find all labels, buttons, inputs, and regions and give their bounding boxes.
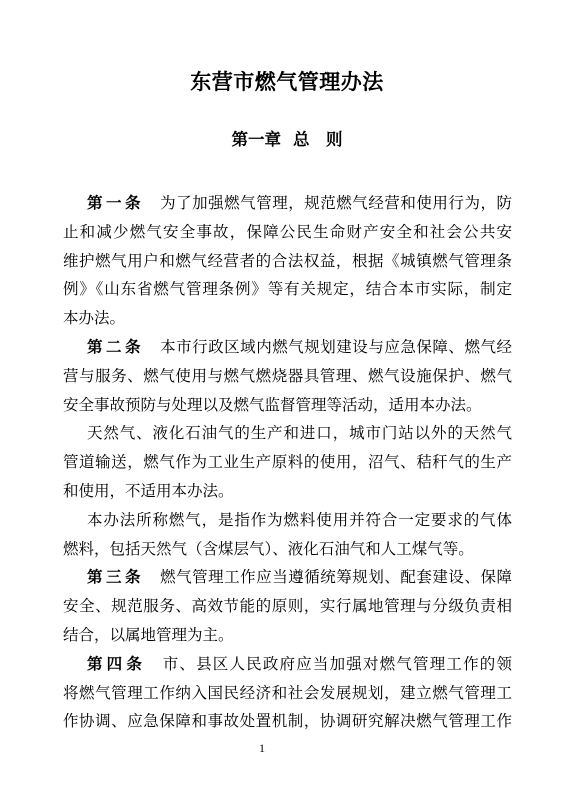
page-number: 1 [0, 741, 524, 755]
text-line: 本办法所称燃气，是指作为燃料使用并符合一定要求的气体 [63, 507, 512, 536]
text-line: 燃料，包括天然气（含煤层气）、液化石油气和人工煤气等。 [63, 536, 512, 565]
document-title: 东营市燃气管理办法 [0, 69, 574, 96]
text-line: 止和减少燃气安全事故，保障公民生命财产安全和社会公共安全， [63, 219, 512, 248]
text-line: 第四条 市、县区人民政府应当加强对燃气管理工作的领导， [63, 651, 512, 680]
text-line: 和使用，不适用本办法。 [63, 478, 512, 507]
chapter-heading: 第一章 总 则 [0, 130, 574, 150]
chapter-number: 第一章 [232, 130, 282, 150]
text-line: 将燃气管理工作纳入国民经济和社会发展规划，建立燃气管理工 [63, 680, 512, 709]
text-line: 例》《山东省燃气管理条例》等有关规定，结合本市实际，制定 [63, 276, 512, 305]
text-line: 第三条 燃气管理工作应当遵循统筹规划、配套建设、保障 [63, 564, 512, 593]
article-label: 第三条 [87, 569, 144, 586]
document-body: 第一条 为了加强燃气管理，规范燃气经营和使用行为，防止和减少燃气安全事故，保障公… [63, 190, 512, 737]
text-line: 作协调、应急保障和事故处置机制，协调研究解决燃气管理工作 [63, 708, 512, 737]
text-line: 安全事故预防与处理以及燃气监督管理等活动，适用本办法。 [63, 392, 512, 421]
text-line: 第二条 本市行政区域内燃气规划建设与应急保障、燃气经 [63, 334, 512, 363]
document-page: 东营市燃气管理办法 第一章 总 则 第一条 为了加强燃气管理，规范燃气经营和使用… [0, 0, 574, 810]
text-line: 营与服务、燃气使用与燃气燃烧器具管理、燃气设施保护、燃气 [63, 363, 512, 392]
article-label: 第二条 [87, 339, 144, 356]
text-line: 管道输送，燃气作为工业生产原料的使用，沼气、秸秆气的生产 [63, 449, 512, 478]
article-label: 第四条 [87, 656, 146, 673]
text-line: 安全、规范服务、高效节能的原则，实行属地管理与分级负责相 [63, 593, 512, 622]
text-line: 维护燃气用户和燃气经营者的合法权益，根据《城镇燃气管理条 [63, 248, 512, 277]
text-line: 第一条 为了加强燃气管理，规范燃气经营和使用行为，防 [63, 190, 512, 219]
text-line: 天然气、液化石油气的生产和进口，城市门站以外的天然气 [63, 420, 512, 449]
text-line: 结合，以属地管理为主。 [63, 622, 512, 651]
text-line: 本办法。 [63, 305, 512, 334]
article-label: 第一条 [87, 195, 144, 212]
chapter-title: 总 则 [293, 130, 343, 150]
